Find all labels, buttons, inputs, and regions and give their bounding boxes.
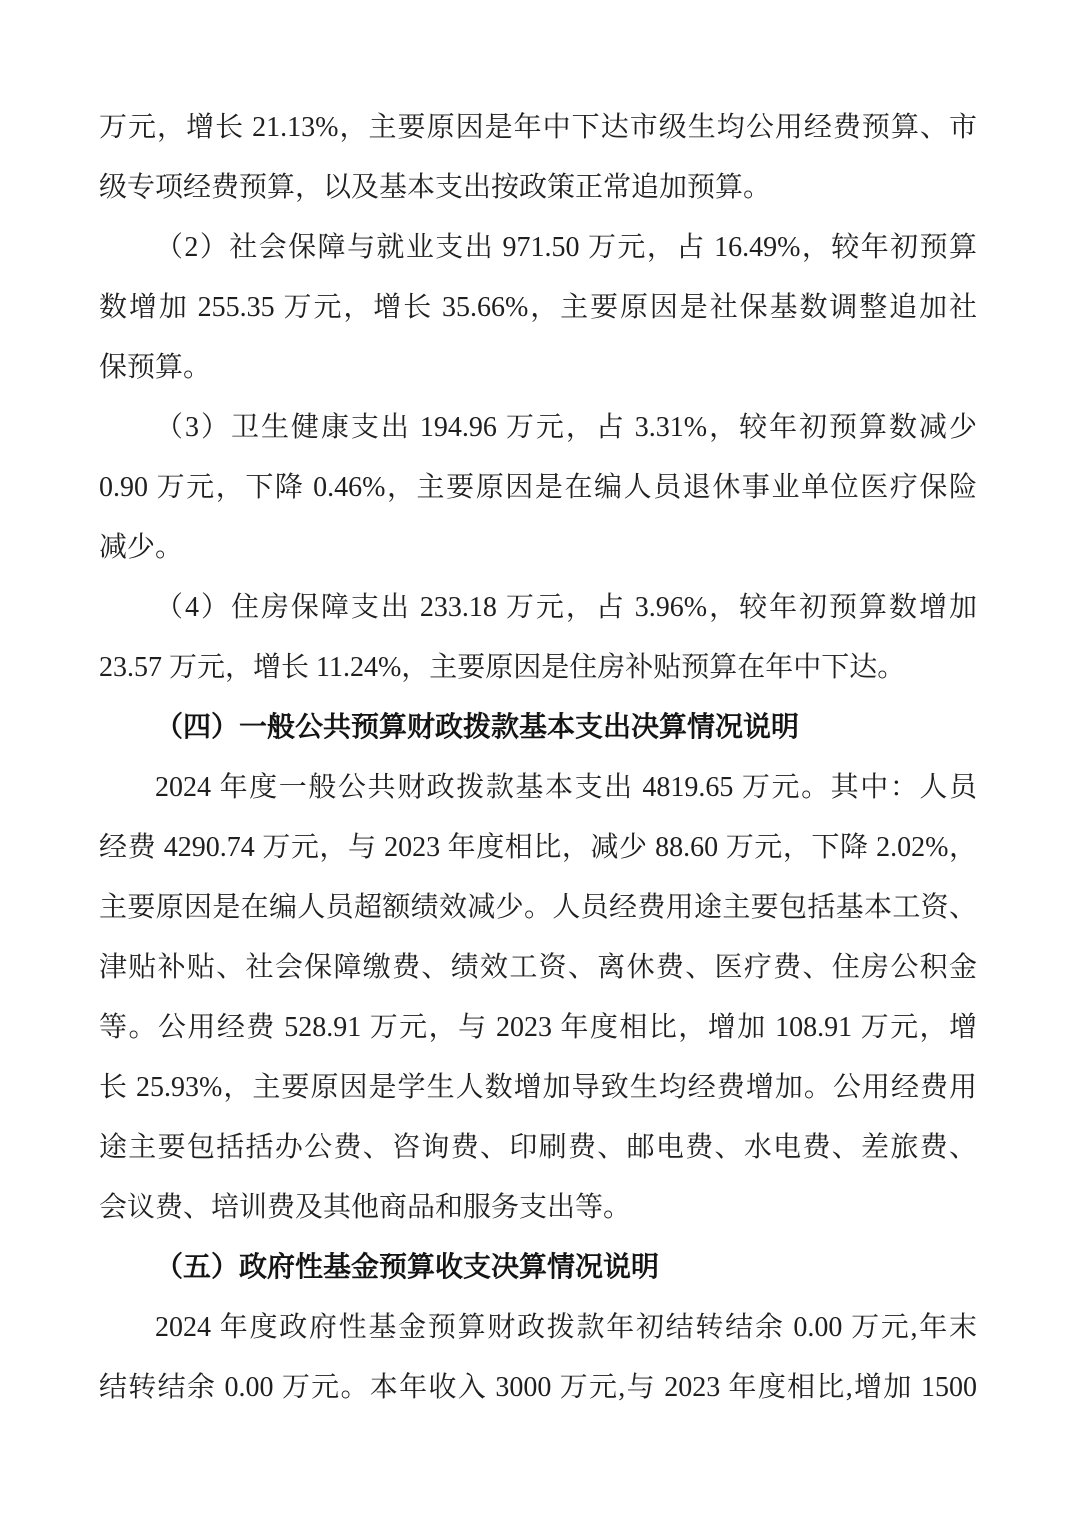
text-line: 津贴补贴、社会保障缴费、绩效工资、离休费、医疗费、住房公积金 <box>99 938 977 998</box>
text-line: 保预算。 <box>99 338 977 398</box>
document-body: 万元，增长 21.13%，主要原因是年中下达市级生均公用经费预算、市级专项经费预… <box>99 98 977 1418</box>
text-line: 0.90 万元，下降 0.46%，主要原因是在编人员退休事业单位医疗保险 <box>99 458 977 518</box>
text-line: 万元，增长 21.13%，主要原因是年中下达市级生均公用经费预算、市 <box>99 98 977 158</box>
text-line: 2024 年度政府性基金预算财政拨款年初结转结余 0.00 万元,年末 <box>99 1298 977 1358</box>
text-line: 级专项经费预算，以及基本支出按政策正常追加预算。 <box>99 158 977 218</box>
text-line: 2024 年度一般公共财政拨款基本支出 4819.65 万元。其中：人员 <box>99 758 977 818</box>
text-line: 主要原因是在编人员超额绩效减少。人员经费用途主要包括基本工资、 <box>99 878 977 938</box>
text-line: 数增加 255.35 万元，增长 35.66%，主要原因是社保基数调整追加社 <box>99 278 977 338</box>
text-line: 等。公用经费 528.91 万元，与 2023 年度相比，增加 108.91 万… <box>99 998 977 1058</box>
text-line: （四）一般公共预算财政拨款基本支出决算情况说明 <box>99 698 977 758</box>
text-line: 经费 4290.74 万元，与 2023 年度相比，减少 88.60 万元，下降… <box>99 818 977 878</box>
text-line: 会议费、培训费及其他商品和服务支出等。 <box>99 1178 977 1238</box>
text-line: （3）卫生健康支出 194.96 万元，占 3.31%，较年初预算数减少 <box>99 398 977 458</box>
text-line: （五）政府性基金预算收支决算情况说明 <box>99 1238 977 1298</box>
text-line: 减少。 <box>99 518 977 578</box>
text-line: （2）社会保障与就业支出 971.50 万元，占 16.49%，较年初预算 <box>99 218 977 278</box>
text-line: 长 25.93%，主要原因是学生人数增加导致生均经费增加。公用经费用 <box>99 1058 977 1118</box>
text-line: 途主要包括括办公费、咨询费、印刷费、邮电费、水电费、差旅费、 <box>99 1118 977 1178</box>
text-line: 结转结余 0.00 万元。本年收入 3000 万元,与 2023 年度相比,增加… <box>99 1358 977 1418</box>
text-line: 23.57 万元，增长 11.24%，主要原因是住房补贴预算在年中下达。 <box>99 638 977 698</box>
document-page: 万元，增长 21.13%，主要原因是年中下达市级生均公用经费预算、市级专项经费预… <box>0 0 1074 1520</box>
text-line: （4）住房保障支出 233.18 万元，占 3.96%，较年初预算数增加 <box>99 578 977 638</box>
